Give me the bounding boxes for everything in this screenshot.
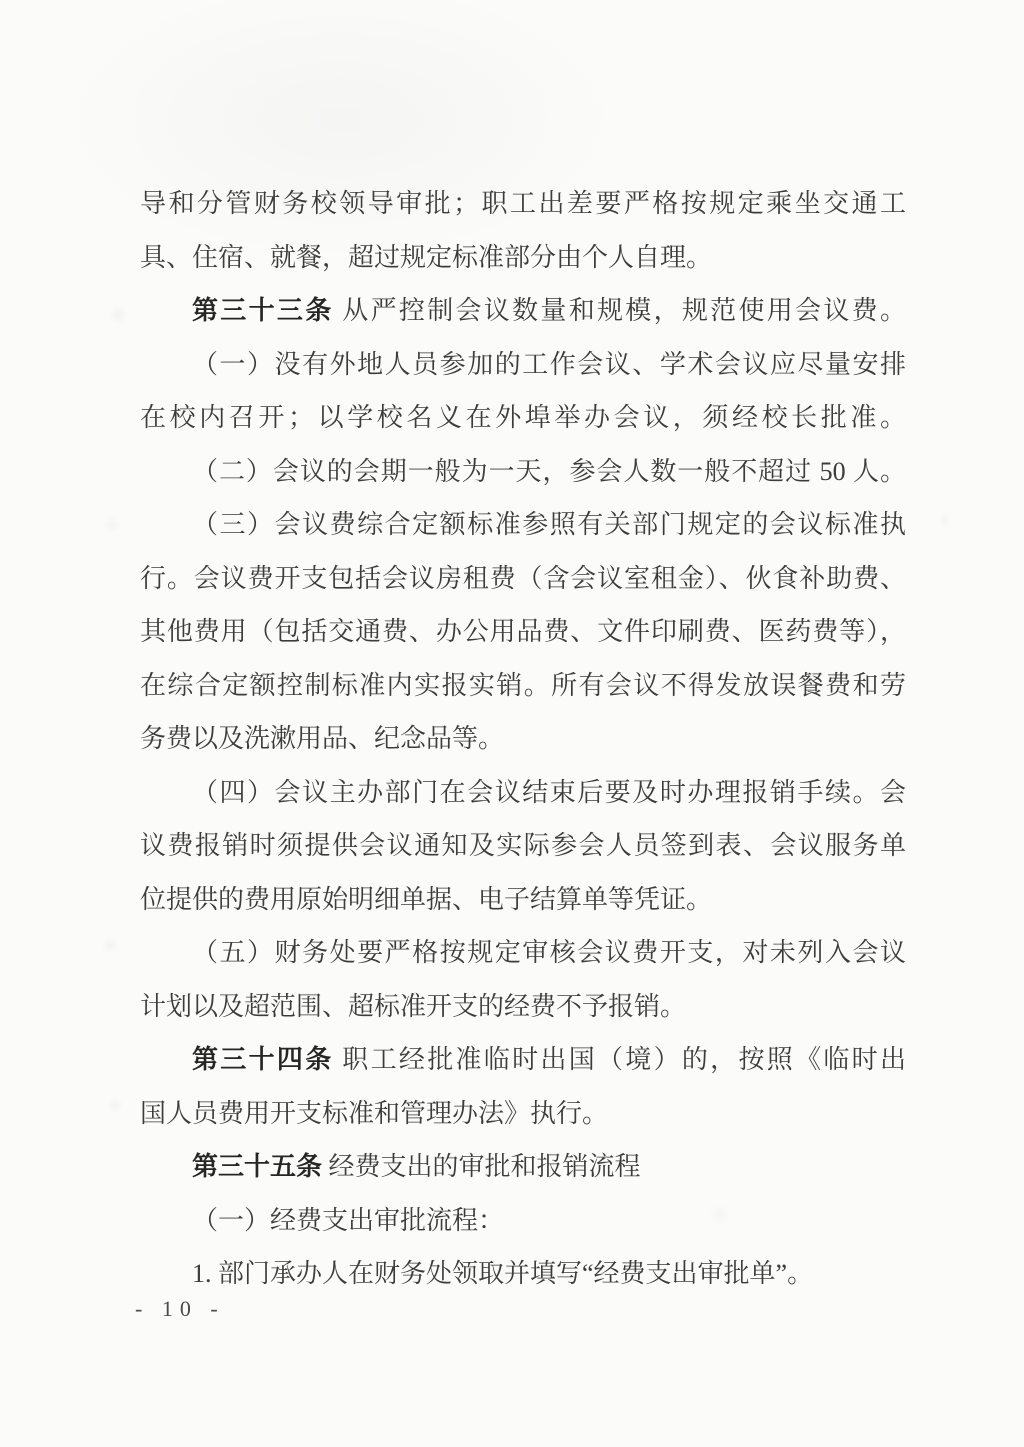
body-text: 计划以及超范围、超标准开支的经费不予报销。: [140, 992, 686, 1021]
text-line: （一）没有外地人员参加的工作会议、学术会议应尽量安排: [140, 338, 906, 392]
text-line: 议费报销时须提供会议通知及实际参会人员签到表、会议服务单: [140, 819, 906, 873]
text-line: 1. 部门承办人在财务处领取并填写“经费支出审批单”。: [140, 1247, 906, 1301]
text-line: 计划以及超范围、超标准开支的经费不予报销。: [140, 980, 906, 1034]
text-line: 第三十五条 经费支出的审批和报销流程: [140, 1140, 906, 1194]
body-text: 具、住宿、就餐，超过规定标准部分由个人自理。: [140, 243, 712, 272]
body-text: 在校内召开；以学校名义在外埠举办会议，须经校长批准。: [140, 403, 906, 432]
text-line: 导和分管财务校领导审批；职工出差要严格按规定乘坐交通工: [140, 177, 906, 231]
body-text: 职工经批准临时出国（境）的，按照《临时出: [334, 1045, 906, 1074]
text-line: 国人员费用开支标准和管理办法》执行。: [140, 1087, 906, 1141]
text-line: 在综合定额控制标准内实报实销。所有会议不得发放误餐费和劳: [140, 659, 906, 713]
text-line: 在校内召开；以学校名义在外埠举办会议，须经校长批准。: [140, 391, 906, 445]
body-text: 行。会议费开支包括会议房租费（含会议室租金）、伙食补助费、: [140, 564, 906, 593]
body-text: 1. 部门承办人在财务处领取并填写“经费支出审批单”。: [192, 1259, 813, 1288]
body-text: （五）财务处要严格按规定审核会议费开支，对未列入会议: [192, 938, 906, 967]
body-text: 在综合定额控制标准内实报实销。所有会议不得发放误餐费和劳: [140, 671, 906, 700]
text-line: （二）会议的会期一般为一天，参会人数一般不超过 50 人。: [140, 445, 906, 499]
body-text: （三）会议费综合定额标准参照有关部门规定的会议标准执: [192, 510, 906, 539]
text-line: （一）经费支出审批流程：: [140, 1194, 906, 1248]
text-line: 第三十三条 从严控制会议数量和规模，规范使用会议费。: [140, 284, 906, 338]
body-text: 议费报销时须提供会议通知及实际参会人员签到表、会议服务单: [140, 831, 906, 860]
document-body: 导和分管财务校领导审批；职工出差要严格按规定乘坐交通工具、住宿、就餐，超过规定标…: [140, 177, 906, 1301]
text-line: （四）会议主办部门在会议结束后要及时办理报销手续。会: [140, 766, 906, 820]
body-text: 经费支出的审批和报销流程: [322, 1152, 641, 1181]
text-line: 务费以及洗漱用品、纪念品等。: [140, 712, 906, 766]
text-line: 具、住宿、就餐，超过规定标准部分由个人自理。: [140, 231, 906, 285]
text-line: （三）会议费综合定额标准参照有关部门规定的会议标准执: [140, 498, 906, 552]
body-text: 务费以及洗漱用品、纪念品等。: [140, 724, 504, 753]
body-text: （一）没有外地人员参加的工作会议、学术会议应尽量安排: [192, 350, 906, 379]
article-number-heading: 第三十三条: [192, 295, 334, 325]
body-text: 其他费用（包括交通费、办公用品费、文件印刷费、医药费等），: [140, 617, 906, 646]
body-text: （二）会议的会期一般为一天，参会人数一般不超过 50 人。: [192, 457, 906, 486]
body-text: 导和分管财务校领导审批；职工出差要严格按规定乘坐交通工: [140, 189, 906, 218]
text-line: 行。会议费开支包括会议房租费（含会议室租金）、伙食补助费、: [140, 552, 906, 606]
body-text: 国人员费用开支标准和管理办法》执行。: [140, 1099, 608, 1128]
body-text: 从严控制会议数量和规模，规范使用会议费。: [334, 296, 906, 325]
body-text: （四）会议主办部门在会议结束后要及时办理报销手续。会: [192, 778, 906, 807]
text-line: （五）财务处要严格按规定审核会议费开支，对未列入会议: [140, 926, 906, 980]
article-number-heading: 第三十四条: [192, 1044, 334, 1074]
body-text: 位提供的费用原始明细单据、电子结算单等凭证。: [140, 885, 712, 914]
body-text: （一）经费支出审批流程：: [192, 1206, 504, 1235]
text-line: 其他费用（包括交通费、办公用品费、文件印刷费、医药费等），: [140, 605, 906, 659]
page-number: - 10 -: [135, 1296, 225, 1322]
text-line: 位提供的费用原始明细单据、电子结算单等凭证。: [140, 873, 906, 927]
text-line: 第三十四条 职工经批准临时出国（境）的，按照《临时出: [140, 1033, 906, 1087]
article-number-heading: 第三十五条: [192, 1151, 322, 1181]
